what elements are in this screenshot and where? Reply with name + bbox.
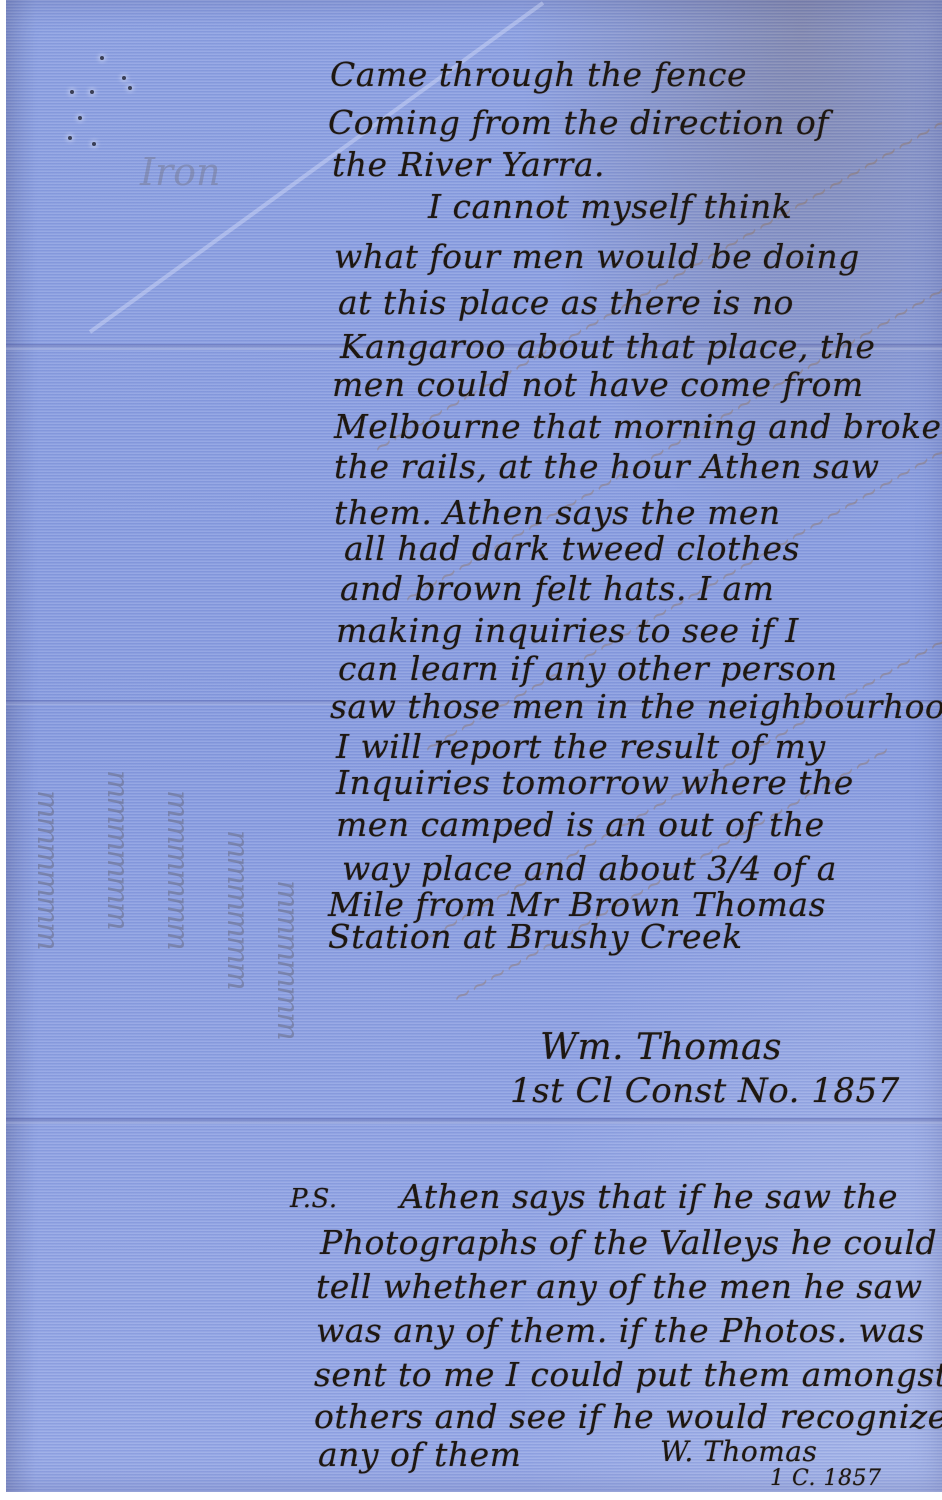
letter-line: I cannot myself think [428, 190, 792, 223]
letter-line: and brown felt hats. I am [340, 572, 774, 605]
letter-line: the River Yarra. [332, 148, 605, 181]
signature-rank: 1st Cl Const No. 1857 [510, 1074, 900, 1108]
postscript-line: tell whether any of the men he saw [316, 1270, 923, 1303]
letter-line: Station at Brushy Creek [328, 920, 743, 953]
letter-line: saw those men in the neighbourhood [330, 690, 942, 723]
letter-line: what four men would be doing [334, 240, 860, 273]
letter-line: at this place as there is no [338, 286, 794, 319]
letter-line: Came through the fence [330, 58, 747, 91]
postscript-signature-name: W. Thomas [660, 1438, 817, 1466]
postscript-line: sent to me I could put them amongst [314, 1358, 942, 1391]
letter-line: Melbourne that morning and broken [334, 410, 942, 443]
postscript-line: any of them [318, 1438, 521, 1471]
letter-line: men camped is an out of the [336, 808, 825, 841]
postscript-line: was any of them. if the Photos. was [316, 1314, 925, 1347]
postscript-signature-rank: 1 C. 1857 [770, 1468, 882, 1490]
letter-line: Coming from the direction of [328, 106, 829, 139]
letter-line: all had dark tweed clothes [344, 532, 800, 565]
postscript-line: Photographs of the Valleys he could [320, 1226, 937, 1259]
letter-body: Came through the fence Coming from the d… [0, 0, 942, 1500]
postscript-mark: P.S. [290, 1186, 338, 1212]
letter-line: making inquiries to see if I [336, 614, 799, 647]
postscript-line: others and see if he would recognize [314, 1400, 942, 1433]
letter-line: way place and about 3/4 of a [342, 852, 837, 885]
letter-line: Inquiries tomorrow where the [336, 766, 854, 799]
letter-line: can learn if any other person [338, 652, 838, 685]
letter-line: them. Athen says the men [334, 496, 781, 529]
postscript-line: Athen says that if he saw the [400, 1180, 898, 1213]
letter-line: men could not have come from [332, 368, 864, 401]
letter-line: Kangaroo about that place, the [340, 330, 875, 363]
letter-line: the rails, at the hour Athen saw [334, 450, 880, 483]
signature-name: Wm. Thomas [540, 1030, 782, 1066]
letter-line: I will report the result of my [336, 730, 826, 763]
